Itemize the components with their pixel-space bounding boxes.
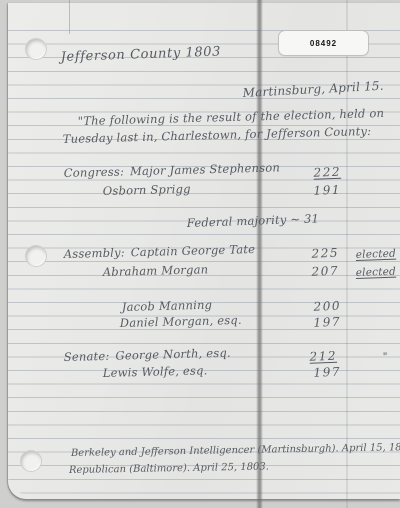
hole-punch-bottom [20, 450, 42, 472]
office-label: Congress: [64, 164, 125, 180]
candidate-name: Abraham Morgan [103, 262, 209, 279]
vote-value: 222 [313, 165, 341, 180]
backing-sheet-edge [69, 0, 70, 34]
vote-count: 212 [301, 348, 346, 364]
catalog-number-label: 08492 [279, 31, 368, 55]
vote-count: 197 [305, 364, 350, 380]
vote-count: 207 [303, 263, 348, 279]
catalog-number: 08492 [310, 39, 337, 48]
vote-count: 200 [305, 298, 350, 314]
vote-count: 191 [305, 182, 350, 198]
elected-note: elected [356, 266, 397, 279]
vote-count: 225 [303, 245, 348, 261]
ditto-mark: " [383, 351, 388, 363]
candidate-name: Jacob Manning [122, 298, 213, 314]
office-label: Assembly: [64, 245, 125, 261]
candidate-name: Osborn Sprigg [103, 182, 191, 198]
scanned-document-page: 08492 Jefferson County 1803 Martinsburg,… [0, 0, 400, 508]
vote-count: 197 [305, 314, 350, 330]
scan-fold-seam [256, 0, 263, 508]
vote-value: 212 [309, 349, 337, 364]
vote-count: 222 [305, 164, 350, 180]
candidate-name: Lewis Wolfe, esq. [103, 363, 208, 380]
hole-punch-top [25, 38, 47, 60]
hole-punch-middle [25, 245, 47, 267]
office-label: Senate: [64, 349, 110, 364]
elected-note: elected [356, 248, 397, 261]
